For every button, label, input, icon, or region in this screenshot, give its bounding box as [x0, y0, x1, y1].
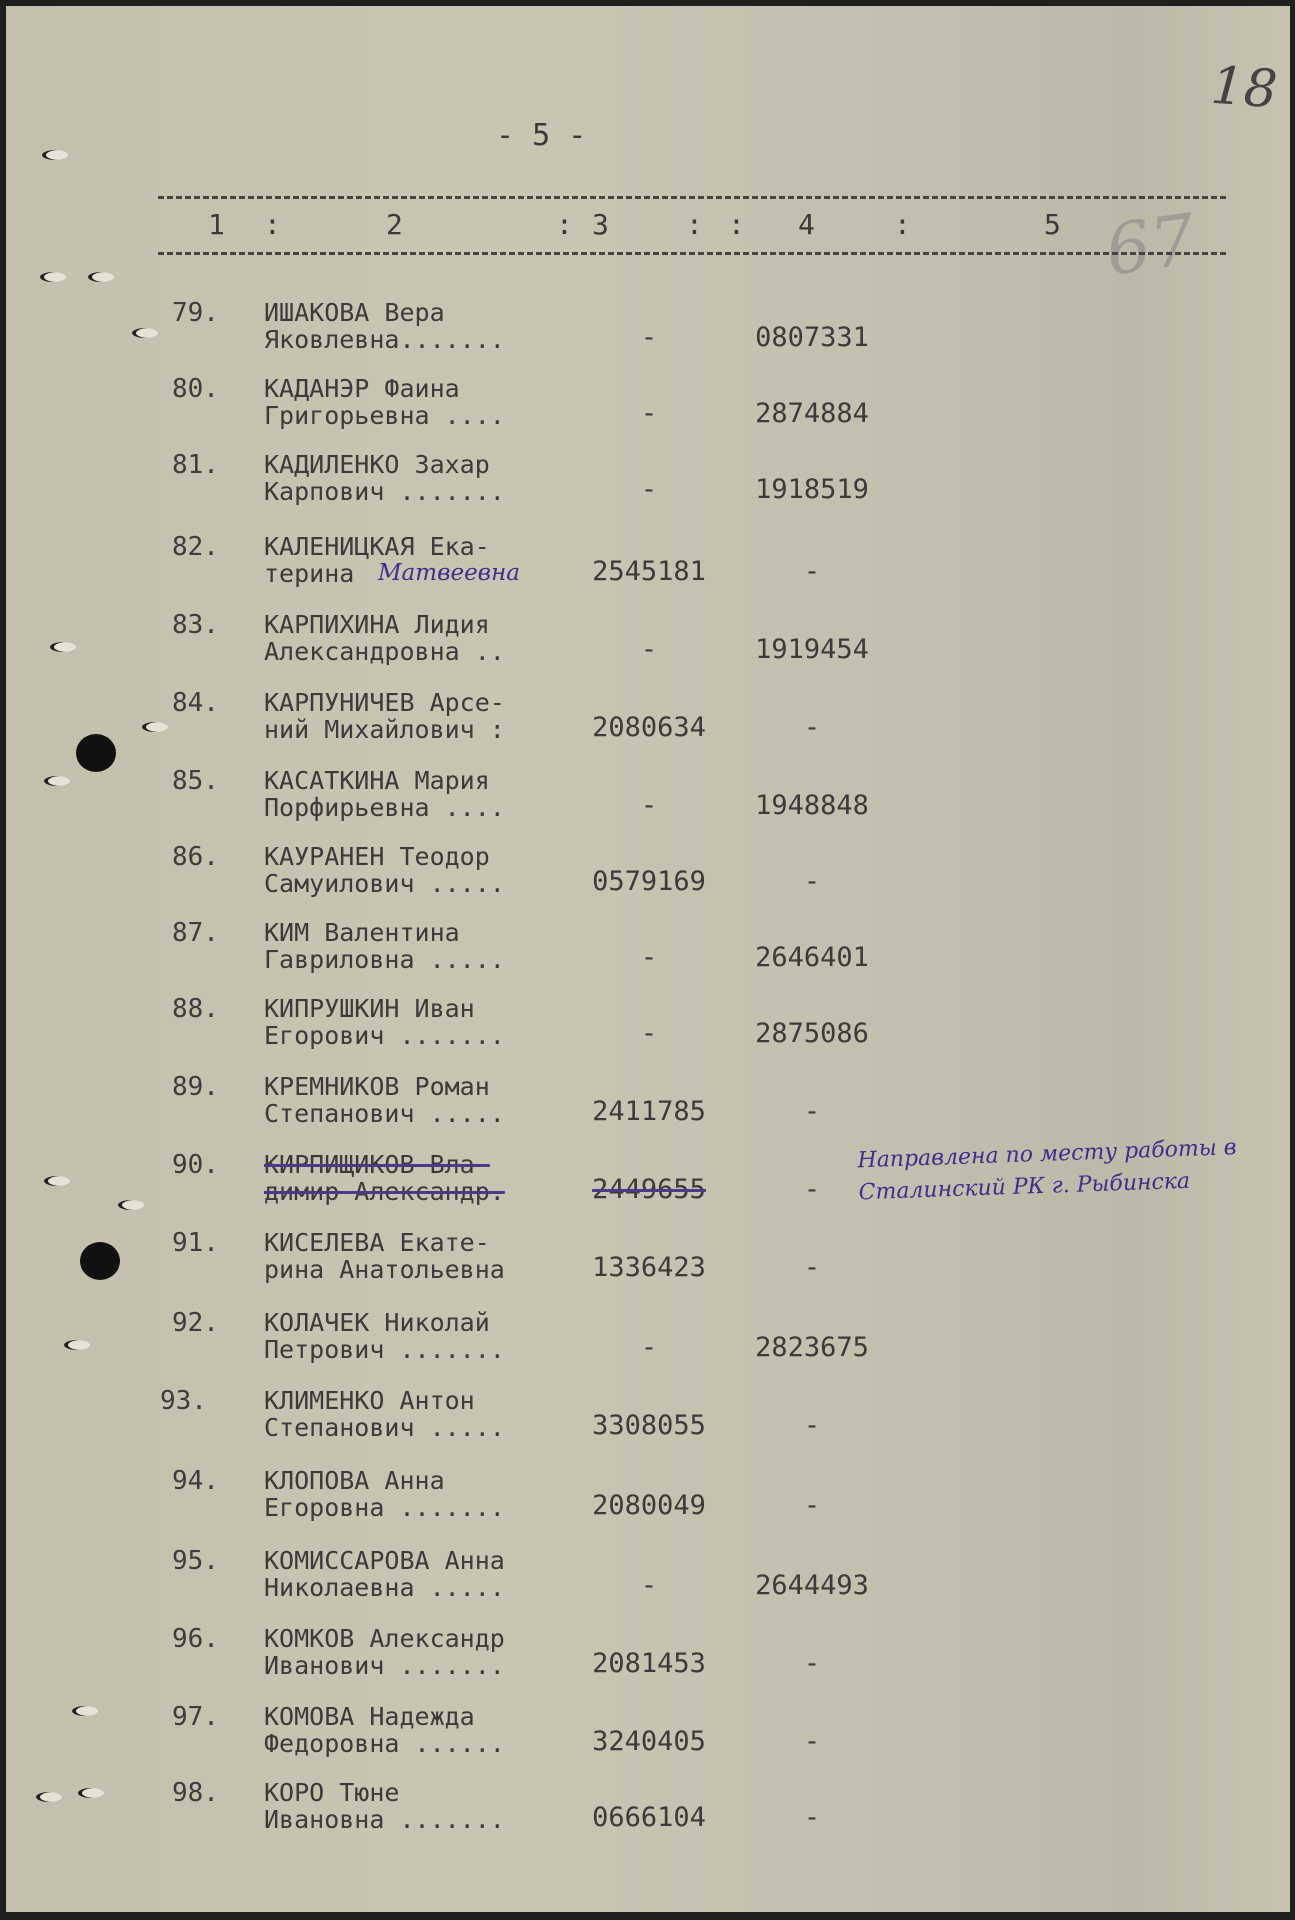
- col4-value: -: [742, 866, 882, 897]
- col4-value: 2644493: [742, 1570, 882, 1601]
- table-row: 91. КИСЕЛЕВА Екате- рина Анатольевна 133…: [6, 1228, 1295, 1298]
- pin-mark: [142, 722, 168, 732]
- surname-given: КАЛЕНИЦКАЯ Ека-: [264, 532, 490, 561]
- col3-value: 0666104: [584, 1802, 714, 1833]
- col4-value: -: [742, 1252, 882, 1283]
- header-col5: 5: [1044, 208, 1061, 241]
- table-row: 82. КАЛЕНИЦКАЯ Ека- терина 2545181 -: [6, 532, 1295, 602]
- col3-value: 2411785: [584, 1096, 714, 1127]
- pin-mark: [78, 1788, 104, 1798]
- col4-value: -: [742, 1490, 882, 1521]
- col3-value: -: [584, 1332, 714, 1363]
- patronymic: Самуилович .....: [264, 869, 505, 898]
- col4-value: 2874884: [742, 398, 882, 429]
- table-row: 93. КЛИМЕНКО Антон Степанович ..... 3308…: [6, 1386, 1295, 1456]
- patronymic: Яковлевна.......: [264, 325, 505, 354]
- page-number: - 5 -: [496, 118, 586, 153]
- surname-given: КОМКОВ Александр: [264, 1624, 505, 1653]
- patronymic: Федоровна ......: [264, 1729, 505, 1758]
- surname-given: КИПРУШКИН Иван: [264, 994, 475, 1023]
- table-row: 92. КОЛАЧЕК Николай Петрович ....... - 2…: [6, 1308, 1295, 1378]
- col3-value: -: [584, 1570, 714, 1601]
- pin-mark: [132, 328, 158, 338]
- surname-given: КАРПУНИЧЕВ Арсе-: [264, 688, 505, 717]
- row-number: 88.: [172, 994, 219, 1024]
- surname-given: КАУРАНЕН Теодор: [264, 842, 490, 871]
- col4-value: -: [742, 1410, 882, 1441]
- patronymic: Николаевна .....: [264, 1573, 505, 1602]
- table-row: 85. КАСАТКИНА Мария Порфирьевна .... - 1…: [6, 766, 1295, 836]
- row-number: 94.: [172, 1466, 219, 1496]
- handwritten-patronymic: Матвеевна: [378, 560, 520, 586]
- pin-mark: [88, 272, 114, 282]
- table-row: 86. КАУРАНЕН Теодор Самуилович ..... 057…: [6, 842, 1295, 912]
- table-row: 98. КОРО Тюне Ивановна ....... 0666104 -: [6, 1778, 1295, 1848]
- row-number: 92.: [172, 1308, 219, 1338]
- row-number: 91.: [172, 1228, 219, 1258]
- surname-given: КОЛАЧЕК Николай: [264, 1308, 490, 1337]
- col4-value: 2823675: [742, 1332, 882, 1363]
- col3-value: 1336423: [584, 1252, 714, 1283]
- patronymic: Егоровна .......: [264, 1493, 505, 1522]
- surname-given: КОРО Тюне: [264, 1778, 399, 1807]
- table-row: 94. КЛОПОВА Анна Егоровна ....... 208004…: [6, 1466, 1295, 1536]
- punch-hole: [76, 734, 116, 772]
- surname-given: КИСЕЛЕВА Екате-: [264, 1228, 490, 1257]
- col3-value: 3308055: [584, 1410, 714, 1441]
- row-number: 87.: [172, 918, 219, 948]
- table-row: 89. КРЕМНИКОВ Роман Степанович ..... 241…: [6, 1072, 1295, 1142]
- row-number: 93.: [160, 1386, 207, 1416]
- header-sep: :: [728, 208, 745, 241]
- col3-value: -: [584, 474, 714, 505]
- col4-value: -: [742, 1726, 882, 1757]
- row-number: 90.: [172, 1150, 219, 1180]
- col3-value: -: [584, 790, 714, 821]
- patronymic: Степанович .....: [264, 1413, 505, 1442]
- surname-given: КРЕМНИКОВ Роман: [264, 1072, 490, 1101]
- col4-value: -: [742, 1648, 882, 1679]
- table-row: 83. КАРПИХИНА Лидия Александровна .. - 1…: [6, 610, 1295, 680]
- header-col1: 1: [208, 208, 225, 241]
- surname-given: КАДИЛЕНКО Захар: [264, 450, 490, 479]
- col4-value: 1948848: [742, 790, 882, 821]
- patronymic: Карпович .......: [264, 477, 505, 506]
- table-row: 97. КОМОВА Надежда Федоровна ...... 3240…: [6, 1702, 1295, 1772]
- header-rule-top: [158, 196, 1226, 199]
- col4-value: -: [742, 1802, 882, 1833]
- table-header: 1 : 2 : 3 : : 4 : 5: [156, 208, 1226, 244]
- row-number: 86.: [172, 842, 219, 872]
- header-rule-bottom: [158, 252, 1226, 255]
- patronymic: терина: [264, 559, 354, 588]
- col4-value: -: [742, 712, 882, 743]
- row-number: 95.: [172, 1546, 219, 1576]
- surname-given: КАДАНЭР Фаина: [264, 374, 460, 403]
- col4-value: 0807331: [742, 322, 882, 353]
- row-number: 85.: [172, 766, 219, 796]
- col4-value: -: [742, 1096, 882, 1127]
- col3-value: -: [584, 634, 714, 665]
- patronymic: Александровна ..: [264, 637, 505, 666]
- pin-mark: [72, 1706, 98, 1716]
- surname-given: КИМ Валентина: [264, 918, 460, 947]
- pin-mark: [40, 272, 66, 282]
- col4-value: 1919454: [742, 634, 882, 665]
- row-number: 81.: [172, 450, 219, 480]
- pin-mark: [42, 150, 68, 160]
- header-col2: 2: [386, 208, 403, 241]
- col3-value: -: [584, 398, 714, 429]
- surname-given: КАРПИХИНА Лидия: [264, 610, 490, 639]
- row-number: 96.: [172, 1624, 219, 1654]
- patronymic: Порфирьевна ....: [264, 793, 505, 822]
- pin-mark: [36, 1792, 62, 1802]
- col3-value: -: [584, 942, 714, 973]
- patronymic: ний Михайлович :: [264, 715, 505, 744]
- surname-given: КЛИМЕНКО Антон: [264, 1386, 475, 1415]
- col3-value: 3240405: [584, 1726, 714, 1757]
- col3-value: 2080049: [584, 1490, 714, 1521]
- table-row: 87. КИМ Валентина Гавриловна ..... - 264…: [6, 918, 1295, 988]
- table-row: 80. КАДАНЭР Фаина Григорьевна .... - 287…: [6, 374, 1295, 444]
- patronymic: Петрович .......: [264, 1335, 505, 1364]
- document-page: - 5 - 18 67 1 : 2 : 3 : : 4 : 5 79. ИШАК…: [6, 6, 1290, 1912]
- pin-mark: [44, 776, 70, 786]
- table-row: 95. КОМИССАРОВА Анна Николаевна ..... - …: [6, 1546, 1295, 1616]
- col4-value: -: [742, 556, 882, 587]
- table-row: 84. КАРПУНИЧЕВ Арсе- ний Михайлович : 20…: [6, 688, 1295, 758]
- row-number: 98.: [172, 1778, 219, 1808]
- patronymic: Григорьевна ....: [264, 401, 505, 430]
- row-number: 83.: [172, 610, 219, 640]
- patronymic: Егорович .......: [264, 1021, 505, 1050]
- row-number: 84.: [172, 688, 219, 718]
- header-sep: :: [894, 208, 911, 241]
- patronymic: димир Александр.: [264, 1177, 505, 1206]
- surname-given: КАСАТКИНА Мария: [264, 766, 490, 795]
- col3-value: 2080634: [584, 712, 714, 743]
- patronymic: рина Анатольевна: [264, 1255, 505, 1284]
- pin-mark: [50, 642, 76, 652]
- col4-value: 2646401: [742, 942, 882, 973]
- surname-given: КИРПИЩИКОВ Вла-: [264, 1150, 490, 1179]
- header-col3: 3: [592, 208, 609, 241]
- col3-value: -: [584, 1018, 714, 1049]
- col3-value: 2545181: [584, 556, 714, 587]
- table-row: 81. КАДИЛЕНКО Захар Карпович ....... - 1…: [6, 450, 1295, 520]
- table-row: 79. ИШАКОВА Вера Яковлевна....... - 0807…: [6, 298, 1295, 368]
- row-number: 80.: [172, 374, 219, 404]
- row-number: 97.: [172, 1702, 219, 1732]
- col3-value: 2449655: [584, 1174, 714, 1205]
- patronymic: Степанович .....: [264, 1099, 505, 1128]
- punch-hole: [80, 1242, 120, 1280]
- archive-sheet-number: 18: [1209, 56, 1279, 120]
- header-sep: :: [686, 208, 703, 241]
- table-row: 96. КОМКОВ Александр Иванович ....... 20…: [6, 1624, 1295, 1694]
- col3-value: 0579169: [584, 866, 714, 897]
- patronymic: Гавриловна .....: [264, 945, 505, 974]
- header-col4: 4: [798, 208, 815, 241]
- row-number: 89.: [172, 1072, 219, 1102]
- surname-given: КОМОВА Надежда: [264, 1702, 475, 1731]
- row-number: 79.: [172, 298, 219, 328]
- surname-given: КОМИССАРОВА Анна: [264, 1546, 505, 1575]
- pin-mark: [44, 1176, 70, 1186]
- surname-given: ИШАКОВА Вера: [264, 298, 445, 327]
- table-row: 88. КИПРУШКИН Иван Егорович ....... - 28…: [6, 994, 1295, 1064]
- surname-given: КЛОПОВА Анна: [264, 1466, 445, 1495]
- col4-value: 2875086: [742, 1018, 882, 1049]
- pin-mark: [64, 1340, 90, 1350]
- row-number: 82.: [172, 532, 219, 562]
- pin-mark: [118, 1200, 144, 1210]
- header-sep: :: [556, 208, 573, 241]
- header-sep: :: [264, 208, 281, 241]
- col4-value: 1918519: [742, 474, 882, 505]
- patronymic: Иванович .......: [264, 1651, 505, 1680]
- patronymic: Ивановна .......: [264, 1805, 505, 1834]
- col3-value: 2081453: [584, 1648, 714, 1679]
- col3-value: -: [584, 322, 714, 353]
